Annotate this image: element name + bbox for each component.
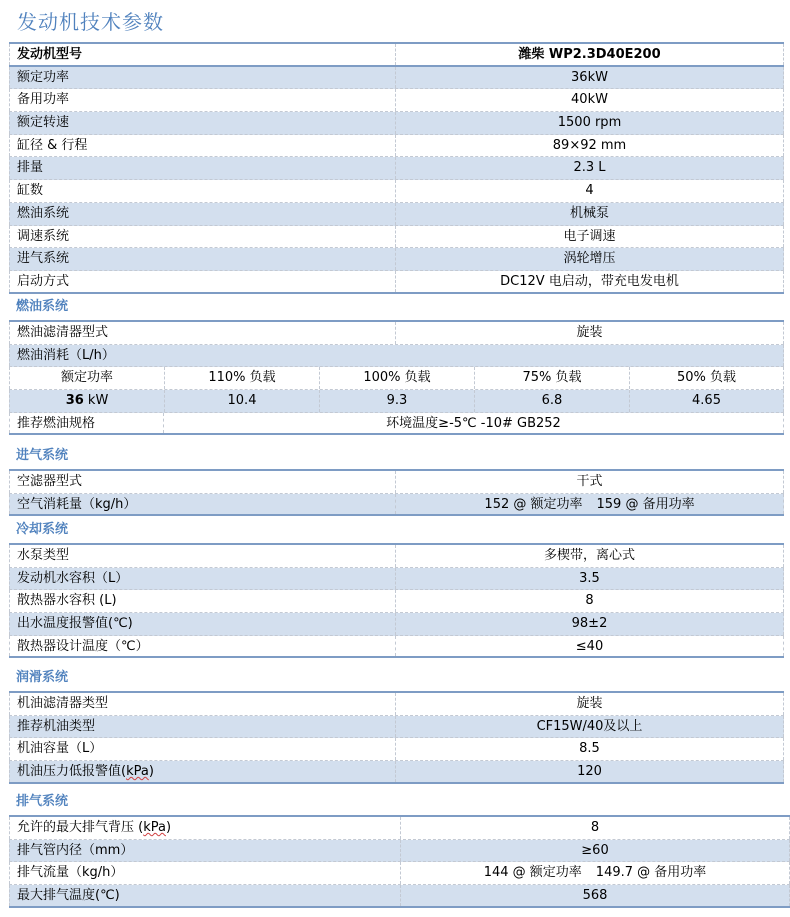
row-label: 缸径 & 行程 <box>9 135 395 157</box>
table-row: 排气管内径（mm） ≥60 <box>9 840 790 863</box>
row-value: 40kW <box>395 89 784 111</box>
col-header: 50% 负载 <box>629 367 784 389</box>
value-rated: 152 @ 额定功率 <box>484 497 582 512</box>
row-value: 8 <box>400 817 790 839</box>
table-row: 额定功率 36kW <box>9 67 784 90</box>
cell-value: 6.8 <box>474 390 629 412</box>
rated-power-number: 36 <box>66 393 84 408</box>
row-value: 3.5 <box>395 568 784 590</box>
section-title-fuel: 燃油系统 <box>9 296 68 319</box>
table-row: 机油压力低报警值(kPa) 120 <box>9 761 784 784</box>
row-value: 568 <box>400 885 790 906</box>
cell-value: 10.4 <box>164 390 319 412</box>
table-row: 允许的最大排气背压 (kPa) 8 <box>9 817 790 840</box>
row-label: 备用功率 <box>9 89 395 111</box>
row-value: 8 <box>395 590 784 612</box>
label-text: 机油压力低报警值( <box>17 764 126 779</box>
table-row: 发动机水容积（L） 3.5 <box>9 568 784 591</box>
exhaust-spec-table: 允许的最大排气背压 (kPa) 8 排气管内径（mm） ≥60 排气流量（kg/… <box>9 815 790 908</box>
engine-model-row: 发动机型号 潍柴 WP2.3D40E200 <box>9 44 784 67</box>
row-value: 98±2 <box>395 613 784 635</box>
row-label: 最大排气温度(℃) <box>9 885 400 906</box>
table-row: 最大排气温度(℃) 568 <box>9 885 790 908</box>
table-row: 空滤器型式 干式 <box>9 471 784 494</box>
section-title-lubrication: 润滑系统 <box>9 667 68 690</box>
row-label: 出水温度报警值(℃) <box>9 613 395 635</box>
row-label: 排气管内径（mm） <box>9 840 400 862</box>
row-value: 89×92 mm <box>395 135 784 157</box>
row-value: 环境温度≥-5℃ -10# GB252 <box>163 413 784 434</box>
general-spec-table: 发动机型号 潍柴 WP2.3D40E200 额定功率 36kW 备用功率 40k… <box>9 42 784 294</box>
row-value: 152 @ 额定功率159 @ 备用功率 <box>395 494 784 515</box>
engine-model-label: 发动机型号 <box>9 44 395 65</box>
row-label: 空气消耗量（kg/h） <box>9 494 395 515</box>
table-row: 排量 2.3 L <box>9 157 784 180</box>
col-header: 额定功率 <box>9 367 164 389</box>
row-label: 散热器设计温度（℃） <box>9 636 395 657</box>
value-standby: 159 @ 备用功率 <box>597 497 695 512</box>
row-label: 调速系统 <box>9 226 395 248</box>
table-row: 调速系统 电子调速 <box>9 226 784 249</box>
table-row: 推荐机油类型 CF15W/40及以上 <box>9 716 784 739</box>
label-unit: kPa <box>143 820 166 835</box>
table-row: 燃油滤清器型式 旋装 <box>9 322 784 345</box>
engine-model-value: 潍柴 WP2.3D40E200 <box>395 44 784 65</box>
row-value: ≤40 <box>395 636 784 657</box>
fuel-spec-table: 燃油滤清器型式 旋装 燃油消耗（L/h） 额定功率 110% 负载 100% 负… <box>9 320 784 435</box>
value-rated: 144 @ 额定功率 <box>484 865 582 880</box>
row-value: 机械泵 <box>395 203 784 225</box>
table-row: 水泵类型 多楔带，离心式 <box>9 545 784 568</box>
lubrication-spec-table: 机油滤清器类型 旋装 推荐机油类型 CF15W/40及以上 机油容量（L） 8.… <box>9 691 784 784</box>
row-label: 机油压力低报警值(kPa) <box>9 761 395 782</box>
table-row: 排气流量（kg/h） 144 @ 额定功率149.7 @ 备用功率 <box>9 862 790 885</box>
col-header: 75% 负载 <box>474 367 629 389</box>
table-row: 出水温度报警值(℃) 98±2 <box>9 613 784 636</box>
row-value: 涡轮增压 <box>395 248 784 270</box>
row-value: 旋装 <box>395 693 784 715</box>
row-label: 允许的最大排气背压 (kPa) <box>9 817 400 839</box>
table-row: 散热器水容积 (L) 8 <box>9 590 784 613</box>
value-standby: 149.7 @ 备用功率 <box>596 865 706 880</box>
label-end: ) <box>149 764 154 779</box>
row-value: DC12V 电启动，带充电发电机 <box>395 271 784 292</box>
col-header: 110% 负载 <box>164 367 319 389</box>
section-title-cooling: 冷却系统 <box>9 519 68 542</box>
fuel-consumption-label: 燃油消耗（L/h） <box>9 345 784 367</box>
row-value: CF15W/40及以上 <box>395 716 784 738</box>
row-label: 额定转速 <box>9 112 395 134</box>
row-label: 燃油滤清器型式 <box>9 322 395 344</box>
row-value: 1500 rpm <box>395 112 784 134</box>
page-title: 发动机技术参数 <box>17 6 164 35</box>
row-label: 机油滤清器类型 <box>9 693 395 715</box>
row-value: 旋装 <box>395 322 784 344</box>
table-row: 空气消耗量（kg/h） 152 @ 额定功率159 @ 备用功率 <box>9 494 784 517</box>
row-label: 排气流量（kg/h） <box>9 862 400 884</box>
row-label: 额定功率 <box>9 67 395 89</box>
rated-power-unit: kW <box>88 393 108 408</box>
table-row: 进气系统 涡轮增压 <box>9 248 784 271</box>
section-title-exhaust: 排气系统 <box>9 791 68 814</box>
col-header: 100% 负载 <box>319 367 474 389</box>
row-value: 8.5 <box>395 738 784 760</box>
label-unit: kPa <box>126 764 149 779</box>
table-row: 额定转速 1500 rpm <box>9 112 784 135</box>
row-label: 空滤器型式 <box>9 471 395 493</box>
row-value: 120 <box>395 761 784 782</box>
row-value: 2.3 L <box>395 157 784 179</box>
section-title-intake: 进气系统 <box>9 445 68 468</box>
row-value: 4 <box>395 180 784 202</box>
table-row: 缸径 & 行程 89×92 mm <box>9 135 784 158</box>
row-label: 推荐燃油规格 <box>9 413 163 434</box>
table-row: 推荐燃油规格 环境温度≥-5℃ -10# GB252 <box>9 413 784 436</box>
cooling-spec-table: 水泵类型 多楔带，离心式 发动机水容积（L） 3.5 散热器水容积 (L) 8 … <box>9 543 784 658</box>
label-text: 允许的最大排气背压 ( <box>17 820 143 835</box>
intake-spec-table: 空滤器型式 干式 空气消耗量（kg/h） 152 @ 额定功率159 @ 备用功… <box>9 469 784 516</box>
fuel-consumption-values-row: 36 kW 10.4 9.3 6.8 4.65 <box>9 390 784 413</box>
row-value: 144 @ 额定功率149.7 @ 备用功率 <box>400 862 790 884</box>
table-row: 备用功率 40kW <box>9 89 784 112</box>
row-label: 燃油系统 <box>9 203 395 225</box>
table-row: 燃油系统 机械泵 <box>9 203 784 226</box>
label-end: ) <box>166 820 171 835</box>
cell-value: 4.65 <box>629 390 784 412</box>
row-label: 进气系统 <box>9 248 395 270</box>
row-label: 缸数 <box>9 180 395 202</box>
row-value: ≥60 <box>400 840 790 862</box>
fuel-consumption-header-row: 额定功率 110% 负载 100% 负载 75% 负载 50% 负载 <box>9 367 784 390</box>
row-label: 机油容量（L） <box>9 738 395 760</box>
row-value: 干式 <box>395 471 784 493</box>
row-value: 36kW <box>395 67 784 89</box>
row-label: 散热器水容积 (L) <box>9 590 395 612</box>
cell-value: 9.3 <box>319 390 474 412</box>
table-row: 机油滤清器类型 旋装 <box>9 693 784 716</box>
row-value: 电子调速 <box>395 226 784 248</box>
row-value: 多楔带，离心式 <box>395 545 784 567</box>
table-row: 机油容量（L） 8.5 <box>9 738 784 761</box>
fuel-consumption-title-row: 燃油消耗（L/h） <box>9 345 784 368</box>
row-label: 水泵类型 <box>9 545 395 567</box>
rated-power-cell: 36 kW <box>9 390 164 412</box>
row-label: 排量 <box>9 157 395 179</box>
row-label: 推荐机油类型 <box>9 716 395 738</box>
row-label: 发动机水容积（L） <box>9 568 395 590</box>
row-label: 启动方式 <box>9 271 395 292</box>
table-row: 启动方式 DC12V 电启动，带充电发电机 <box>9 271 784 294</box>
table-row: 缸数 4 <box>9 180 784 203</box>
table-row: 散热器设计温度（℃） ≤40 <box>9 636 784 659</box>
